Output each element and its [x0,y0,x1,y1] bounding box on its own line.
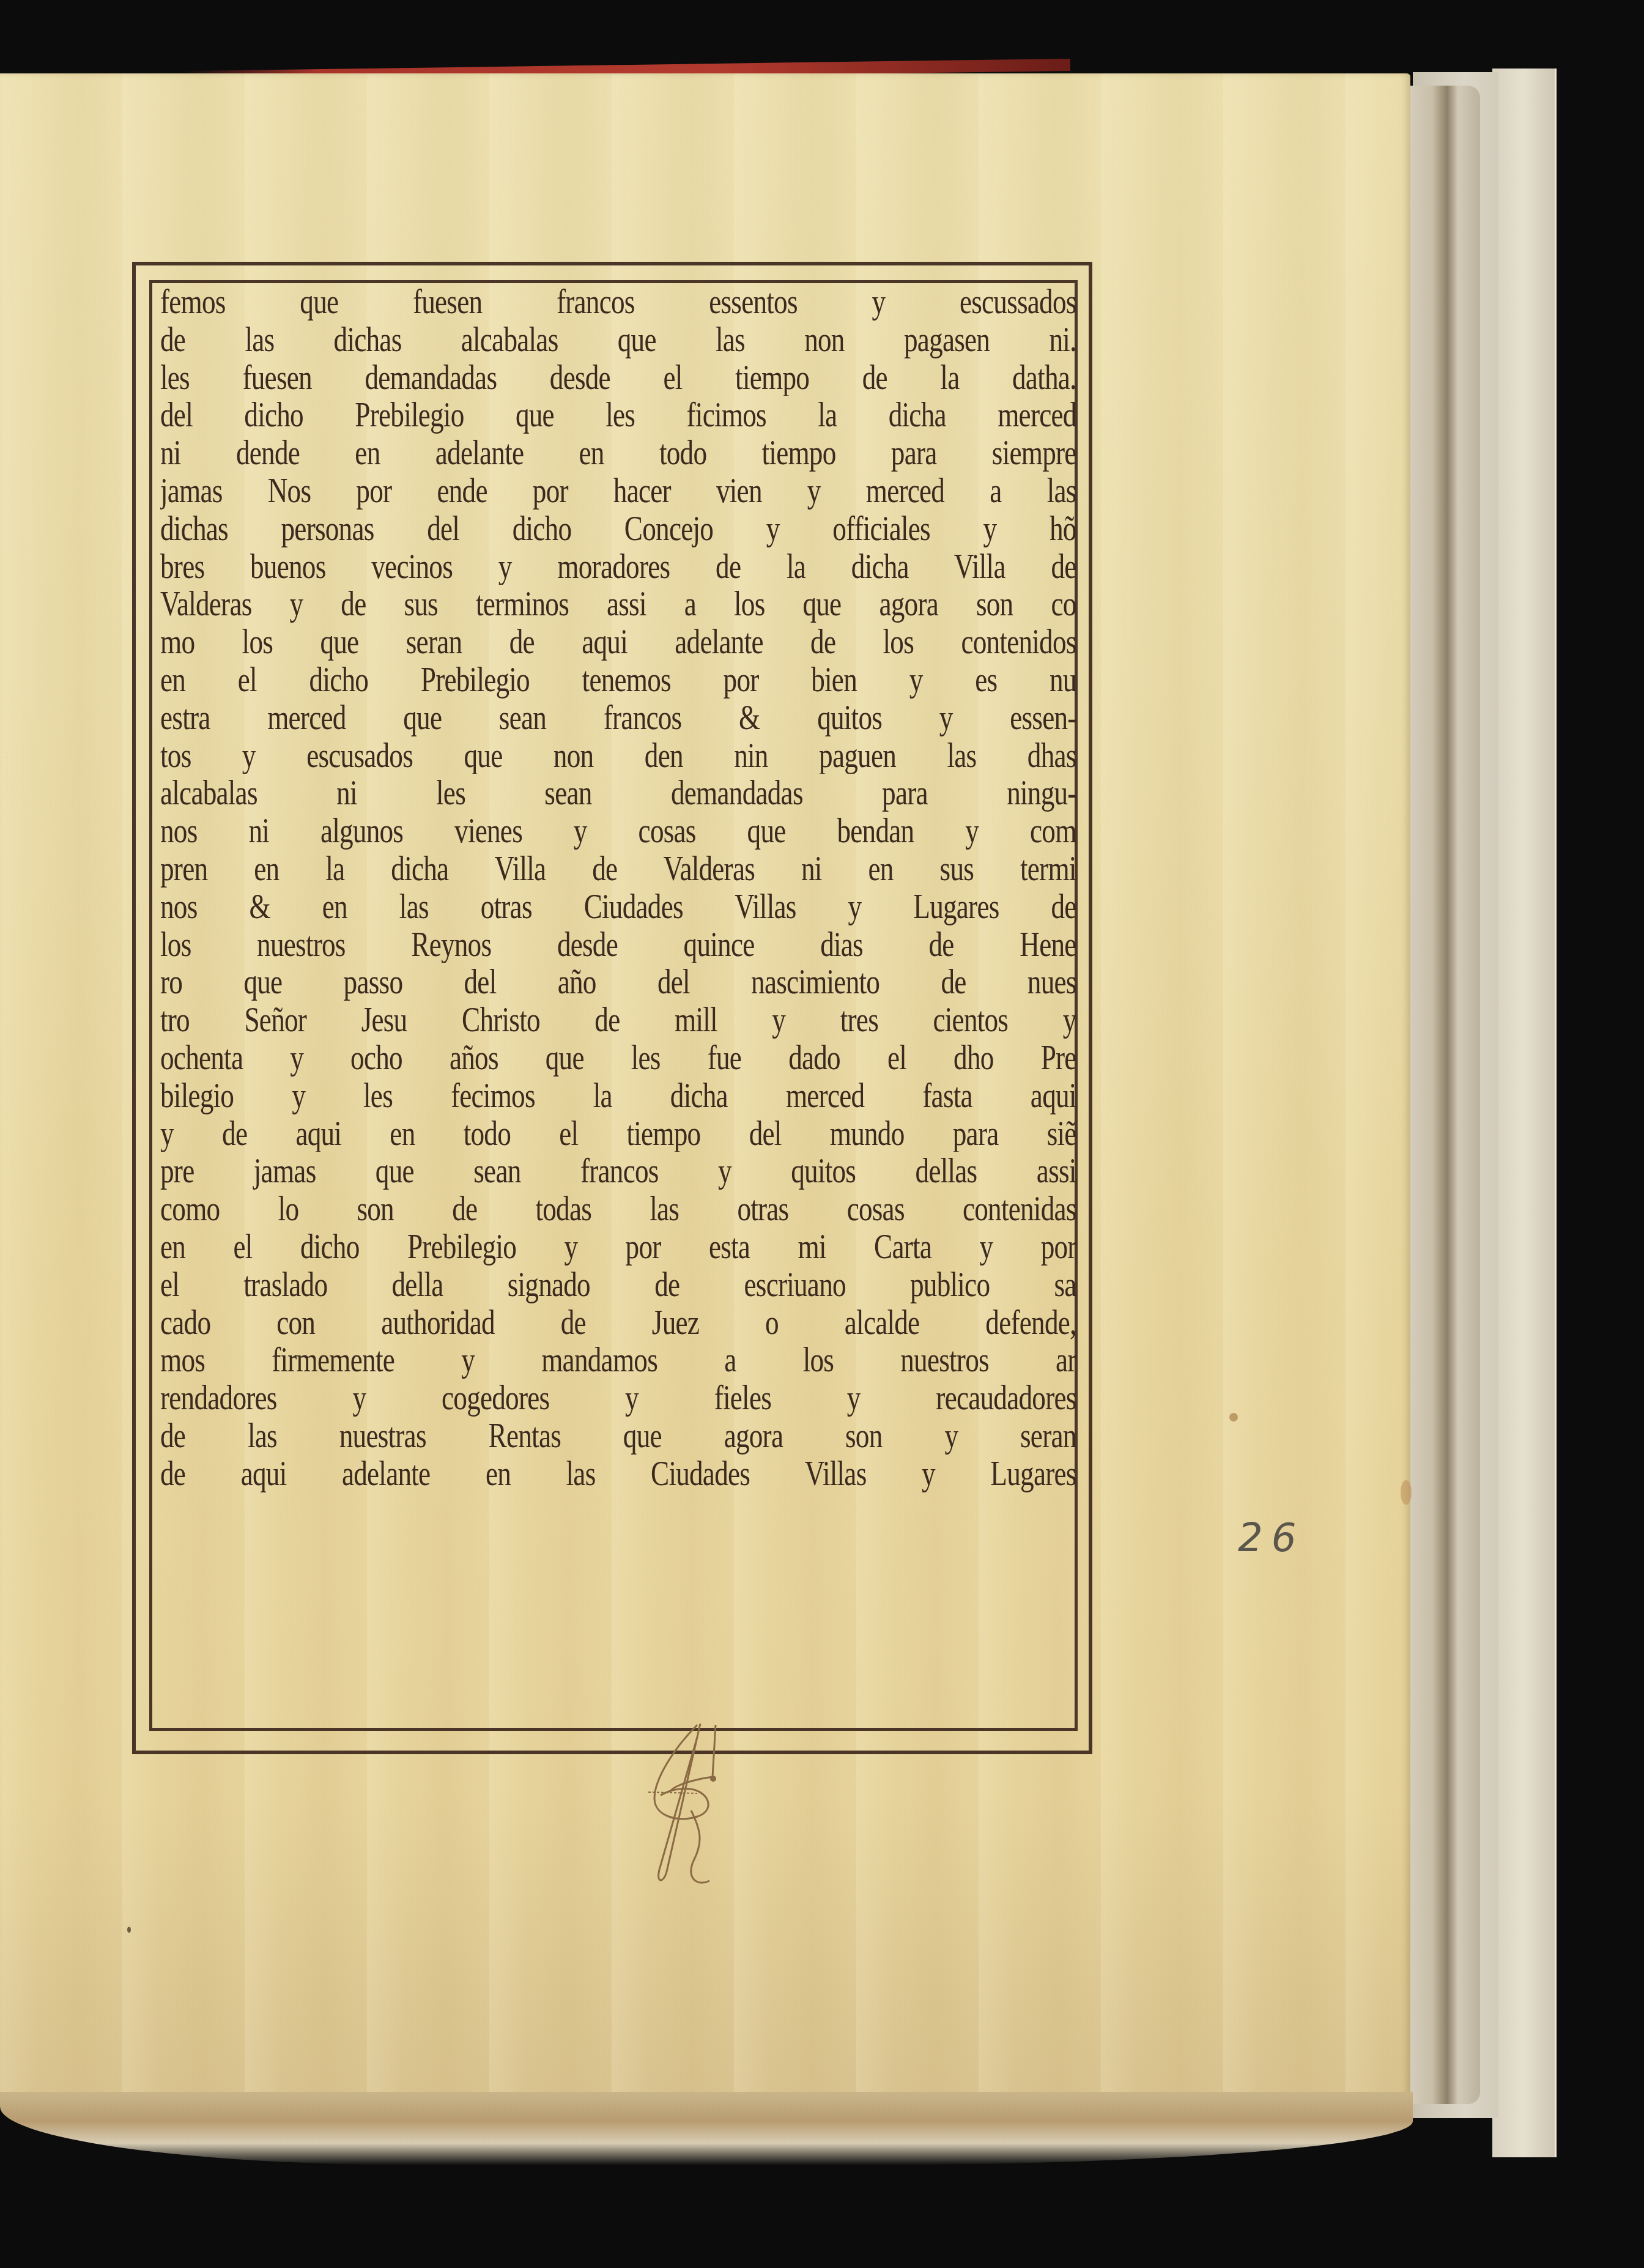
text-line: alcabalas ni les sean demandadas para ni… [160,774,1076,812]
text-line: tos y escusados que non den nin paguen l… [160,736,1076,774]
text-line: rendadores y cogedores y fieles y recaud… [160,1379,1076,1417]
text-line: ni dende en adelante en todo tiempo para… [160,434,1076,472]
text-line: bilegio y les fecimos la dicha merced fa… [160,1077,1076,1114]
text-line: nos & en las otras Ciudades Villas y Lug… [160,888,1076,925]
page-stack-edge [1407,86,1480,2104]
page-bottom-edge [0,2092,1413,2165]
text-line: los nuestros Reynos desde quince dias de… [160,925,1076,963]
text-line: de las nuestras Rentas que agora son y s… [160,1417,1076,1455]
back-cover-board [1492,69,1557,2157]
text-line: ro que passo del año del nascimiento de … [160,963,1076,1001]
text-line: como lo son de todas las otras cosas con… [160,1190,1076,1228]
text-line: en el dicho Prebilegio tenemos por bien … [160,661,1076,699]
text-line: femos que fuesen francos essentos y escu… [160,283,1076,321]
text-line: tro Señor Jesu Christo de mill y tres ci… [160,1001,1076,1039]
text-line: cado con authoridad de Juez o alcalde de… [160,1303,1076,1341]
text-line: de las dichas alcabalas que las non paga… [160,321,1076,358]
text-line: bres buenos vecinos y moradores de la di… [160,547,1076,585]
manuscript-text-block: femos que fuesen francos essentos y escu… [160,283,1078,1492]
text-line: jamas Nos por ende por hacer vien y merc… [160,472,1076,510]
text-line: de aqui adelante en las Ciudades Villas … [160,1455,1076,1492]
text-line: mo los que seran de aqui adelante de los… [160,623,1076,661]
stain-spot [1229,1413,1238,1421]
text-line: el traslado della signado de escriuano p… [160,1266,1076,1303]
text-line: estra merced que sean francos & quitos y… [160,699,1076,736]
folio-number-pencil: 26 [1238,1516,1305,1561]
text-line: ochenta y ocho años que les fue dado el … [160,1039,1076,1077]
text-line: nos ni algunos vienes y cosas que bendan… [160,812,1076,850]
text-line: pren en la dicha Villa de Valderas ni en… [160,850,1076,888]
text-line: y de aqui en todo el tiempo del mundo pa… [160,1114,1076,1152]
text-line: mos firmemente y mandamos a los nuestros… [160,1341,1076,1379]
stain-spot [127,1927,131,1933]
text-line: pre jamas que sean francos y quitos dell… [160,1152,1076,1190]
text-line: en el dicho Prebilegio y por esta mi Car… [160,1228,1076,1266]
text-line: del dicho Prebilegio que les ficimos la … [160,396,1076,434]
text-line: dichas personas del dicho Concejo y offi… [160,510,1076,547]
stain-spot [1401,1480,1412,1505]
text-line: les fuesen demandadas desde el tiempo de… [160,358,1076,396]
text-line: Valderas y de sus terminos assi a los qu… [160,585,1076,623]
rubric-signature-icon [618,1713,740,1896]
